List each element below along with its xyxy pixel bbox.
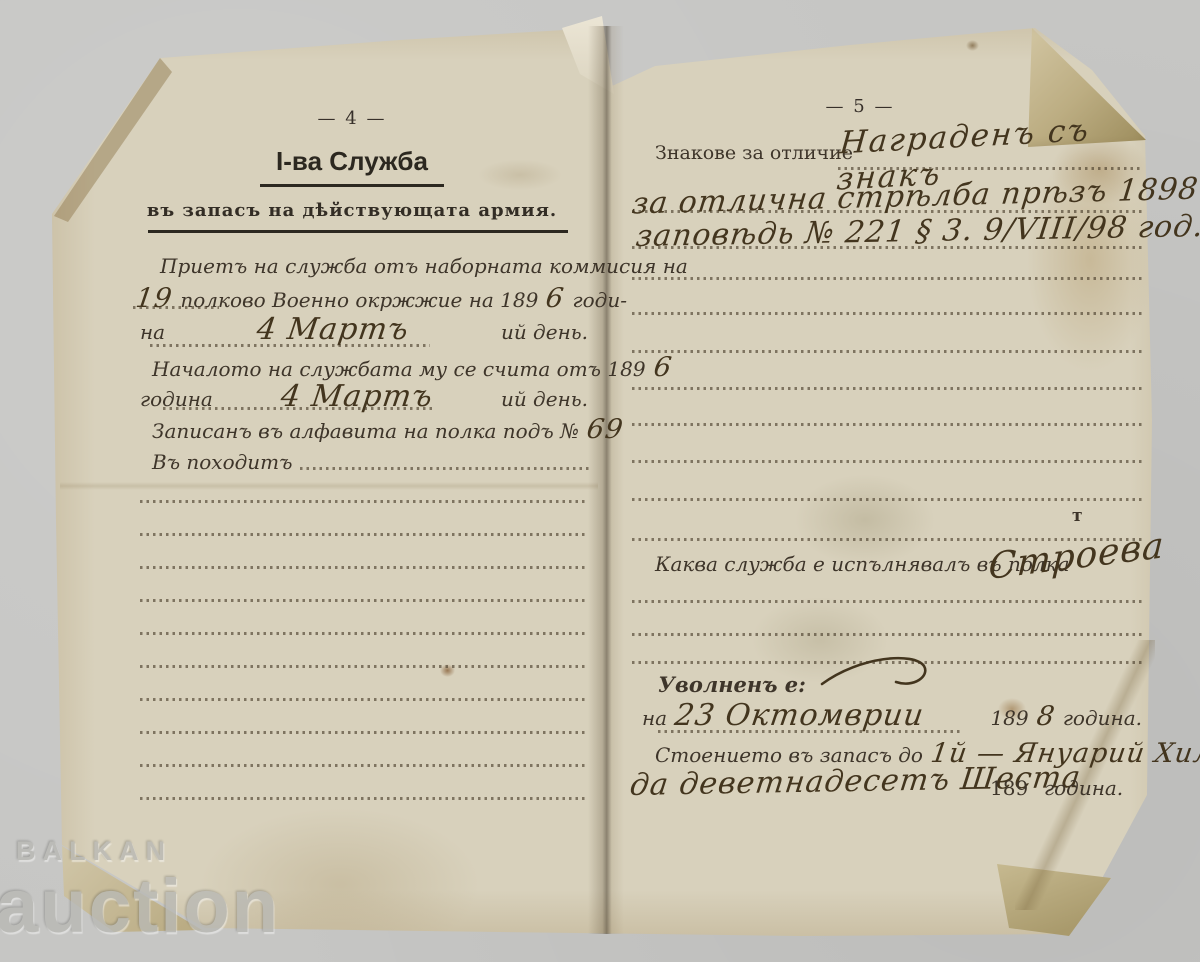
dotted-line: [632, 350, 1142, 353]
dotted-line: [632, 423, 1142, 426]
dotted-line: [140, 731, 588, 734]
dotted-line: [632, 460, 1142, 463]
line6-print: Записанъ въ алфавита на полка подъ №: [152, 419, 579, 443]
discharge-prefix: на: [642, 706, 667, 730]
hw-roll-number: 69: [585, 414, 626, 445]
dotted-line: [632, 312, 1142, 315]
discharge-row: на 23 Октомврии 189 8 година.: [642, 698, 1142, 733]
hw-date-1: 4 Мартъ: [171, 312, 496, 347]
dotted-line: [140, 764, 588, 767]
line5-suffix: ий день.: [501, 387, 588, 411]
discharge-year-suffix: година.: [1063, 706, 1142, 730]
dotted-line: [140, 665, 588, 668]
page4-title: І-ва Служба: [260, 146, 444, 187]
photo-background: — 4 — І-ва Служба въ запасъ на дѣйствующ…: [0, 0, 1200, 962]
catchword: т: [1072, 506, 1083, 526]
discharge-year-print: 189: [990, 706, 1028, 730]
page4-subtitle: въ запасъ на дѣйствующата армия.: [147, 200, 557, 221]
dotted-line: [140, 500, 588, 503]
dotted-line: [140, 797, 588, 800]
page5-number: — 5 —: [760, 96, 960, 117]
reserve-suffix: година.: [1044, 776, 1123, 800]
handwriting-flourish: [818, 652, 948, 696]
hw-year-2: 6: [651, 352, 674, 383]
page4-title-wrap: І-ва Служба: [140, 146, 564, 177]
hw-discharge-date: 23 Октомврии: [673, 698, 985, 733]
line3-prefix: на: [140, 320, 165, 344]
dotted-line: [140, 566, 588, 569]
page4-line6: Записанъ въ алфавита на полка подъ № 69: [152, 414, 592, 445]
page4-line3: на 4 Мартъ ий день.: [140, 312, 588, 347]
dotted-line: [150, 344, 430, 347]
hw-district-number: 19: [134, 283, 175, 314]
dotted-line: [163, 407, 433, 410]
discharged-label: Уволненъ е:: [658, 672, 806, 697]
hw-year-1: 6: [544, 283, 567, 314]
watermark: BALKAN auction: [0, 838, 280, 945]
dotted-line: [140, 533, 588, 536]
page4-number: — 4 —: [140, 108, 564, 129]
dotted-line: [140, 698, 588, 701]
hw-discharge-year: 8: [1034, 701, 1057, 732]
dotted-line: [133, 306, 219, 309]
page4-subtitle-wrap: въ запасъ на дѣйствующата армия.: [140, 200, 564, 221]
watermark-line2: auction: [0, 869, 280, 945]
badges-label: Знакове за отличие: [655, 142, 853, 164]
dotted-line: [140, 632, 588, 635]
page4-line7: Въ походитъ: [152, 450, 590, 474]
line2-hyphen: годи-: [573, 288, 627, 312]
reserve-year-print: 189: [990, 776, 1028, 800]
subtitle-rule: [148, 230, 568, 233]
dotted-line: [632, 498, 1142, 501]
line7-print: Въ походитъ: [152, 450, 292, 474]
dotted-line: [140, 599, 588, 602]
dotted-line: [632, 633, 1142, 636]
dotted-line: [658, 730, 963, 733]
page4-line2: 19 полково Военно окржжие на 189 6 годи-: [136, 283, 588, 314]
page4-intro-line: Приетъ на служба отъ наборната коммисия …: [160, 254, 688, 278]
dotted-line: [300, 467, 590, 470]
watermark-line1: BALKAN: [16, 838, 280, 865]
line3-suffix: ий день.: [501, 320, 588, 344]
line2-print: полково Военно окржжие на 189: [180, 288, 538, 312]
line4-print: Началото на службата му се счита отъ 189: [152, 357, 646, 381]
dotted-line: [632, 277, 1142, 280]
dotted-line: [632, 387, 1142, 390]
dotted-line: [632, 600, 1142, 603]
